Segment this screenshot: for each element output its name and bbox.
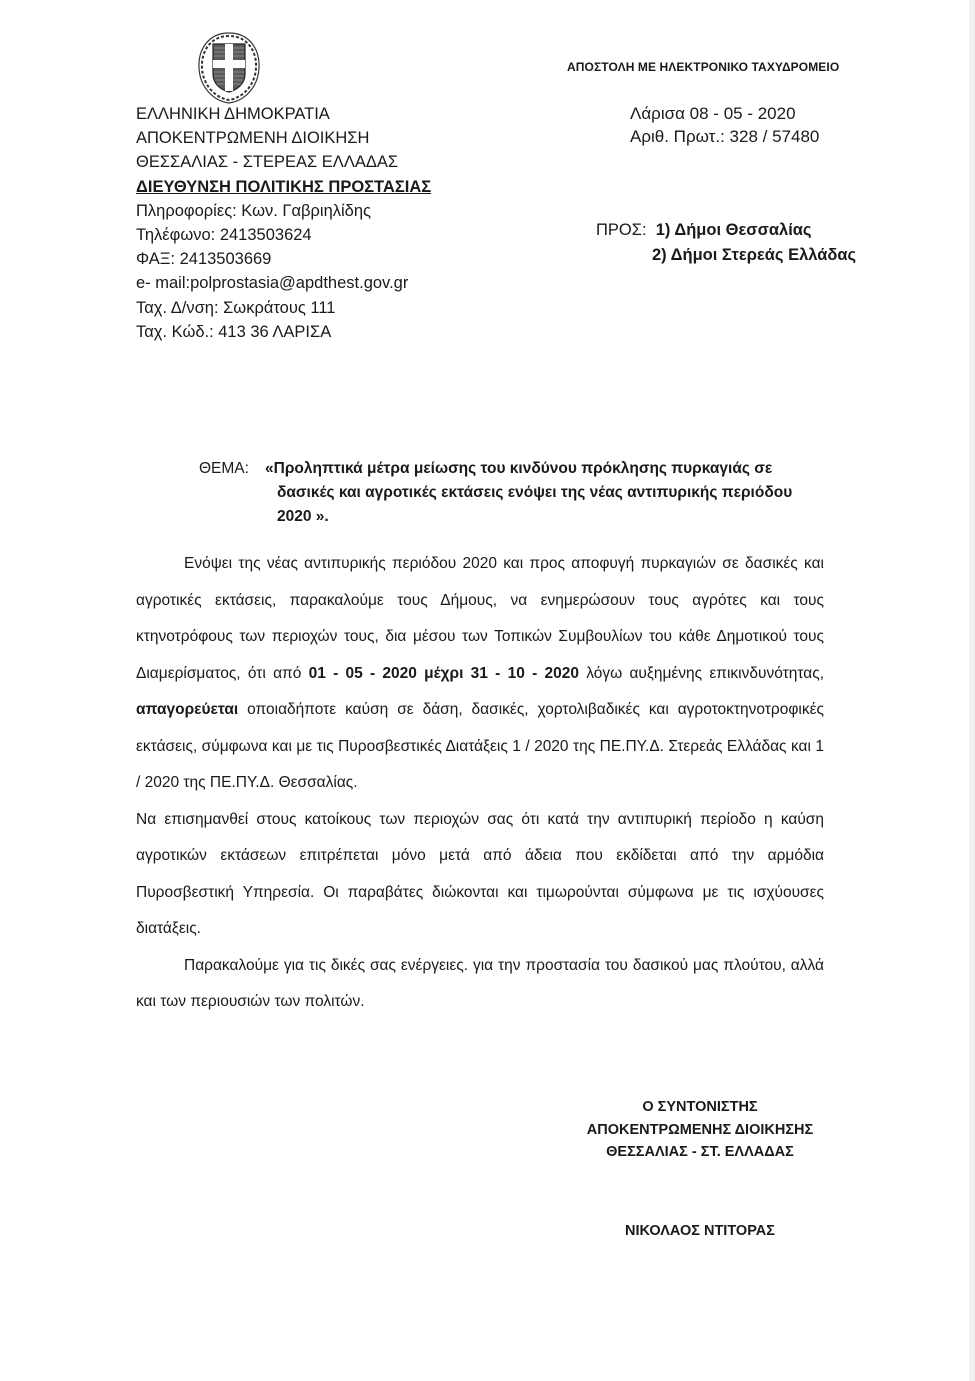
contact-fax: ΦΑΞ: 2413503669	[136, 247, 431, 271]
delivery-method-note: ΑΠΟΣΤΟΛΗ ΜΕ ΗΛΕΚΤΡΟΝΙΚΟ ΤΑΧΥΔΡΟΜΕΙΟ	[567, 60, 839, 74]
issuer-department: ΔΙΕΥΘΥΝΣΗ ΠΟΛΙΤΙΚΗΣ ΠΡΟΣΤΑΣΙΑΣ	[136, 175, 431, 199]
ban-period: 01 - 05 - 2020 μέχρι 31 - 10 - 2020	[309, 665, 579, 682]
subject-label: ΘΕΜΑ:	[199, 457, 265, 481]
body-paragraph: Να επισημανθεί στους κατοίκους των περιο…	[136, 802, 824, 948]
subject-line: 2020 ».	[199, 505, 792, 529]
signature-title: Ο ΣΥΝΤΟΝΙΣΤΗΣ	[540, 1096, 860, 1119]
letter-body: Ενόψει της νέας αντιπυρικής περιόδου 202…	[136, 546, 824, 1021]
issuer-authority: ΑΠΟΚΕΝΤΡΩΜΕΝΗ ΔΙΟΙΚΗΣΗ	[136, 126, 431, 150]
document-date: Λάρισα 08 - 05 - 2020	[630, 102, 819, 125]
signature-region: ΘΕΣΣΑΛΙΑΣ - ΣΤ. ΕΛΛΑΔΑΣ	[540, 1141, 860, 1164]
body-text: λόγω αυξημένης επικινδυνότητας,	[579, 665, 824, 682]
date-protocol-block: Λάρισα 08 - 05 - 2020 Αριθ. Πρωτ.: 328 /…	[630, 102, 819, 148]
signature-authority: ΑΠΟΚΕΝΤΡΩΜΕΝΗΣ ΔΙΟΙΚΗΣΗΣ	[540, 1119, 860, 1142]
issuer-region: ΘΕΣΣΑΛΙΑΣ - ΣΤΕΡΕΑΣ ΕΛΛΑΔΑΣ	[136, 150, 431, 174]
contact-phone: Τηλέφωνο: 2413503624	[136, 223, 431, 247]
body-paragraph: Ενόψει της νέας αντιπυρικής περιόδου 202…	[136, 546, 824, 802]
contact-address: Ταχ. Δ/νση: Σωκράτους 111	[136, 296, 431, 320]
signatory-name: ΝΙΚΟΛΑΟΣ ΝΤΙΤΟΡΑΣ	[540, 1223, 860, 1239]
body-paragraph: Παρακαλούμε για τις δικές σας ενέργειες.…	[136, 948, 824, 1021]
recipients-label: ΠΡΟΣ:	[596, 221, 647, 239]
recipient-item: 1) Δήμοι Θεσσαλίας	[656, 221, 812, 239]
subject-block: ΘΕΜΑ:«Προληπτικά μέτρα μείωσης του κινδύ…	[199, 457, 792, 529]
body-text: Ενόψει της νέας αντιπυρικής περιόδου 202…	[136, 555, 824, 682]
body-text: οποιαδήποτε καύση σε δάση, δασικές, χορτ…	[136, 701, 824, 791]
contact-info: Πληροφορίες: Κων. Γαβριηλίδης	[136, 199, 431, 223]
issuer-country: ΕΛΛΗΝΙΚΗ ΔΗΜΟΚΡΑΤΙΑ	[136, 102, 431, 126]
protocol-number: Αριθ. Πρωτ.: 328 / 57480	[630, 125, 819, 148]
subject-line: δασικές και αγροτικές εκτάσεις ενόψει τη…	[199, 481, 792, 505]
ban-keyword: απαγορεύεται	[136, 701, 238, 718]
contact-email: e- mail:polprostasia@apdthest.gov.gr	[136, 271, 431, 295]
contact-postcode: Ταχ. Κώδ.: 413 36 ΛΑΡΙΣΑ	[136, 320, 431, 344]
signature-block: Ο ΣΥΝΤΟΝΙΣΤΗΣ ΑΠΟΚΕΝΤΡΩΜΕΝΗΣ ΔΙΟΙΚΗΣΗΣ Θ…	[540, 1096, 860, 1164]
page-edge	[969, 0, 975, 1381]
greek-coat-of-arms-icon	[196, 30, 262, 104]
subject-line: «Προληπτικά μέτρα μείωσης του κινδύνου π…	[265, 460, 772, 477]
recipients-block: ΠΡΟΣ: 1) Δήμοι Θεσσαλίας 2) Δήμοι Στερεά…	[596, 218, 856, 268]
recipient-item: 2) Δήμοι Στερεάς Ελλάδας	[652, 246, 856, 264]
issuer-block: ΕΛΛΗΝΙΚΗ ΔΗΜΟΚΡΑΤΙΑ ΑΠΟΚΕΝΤΡΩΜΕΝΗ ΔΙΟΙΚΗ…	[136, 102, 431, 344]
